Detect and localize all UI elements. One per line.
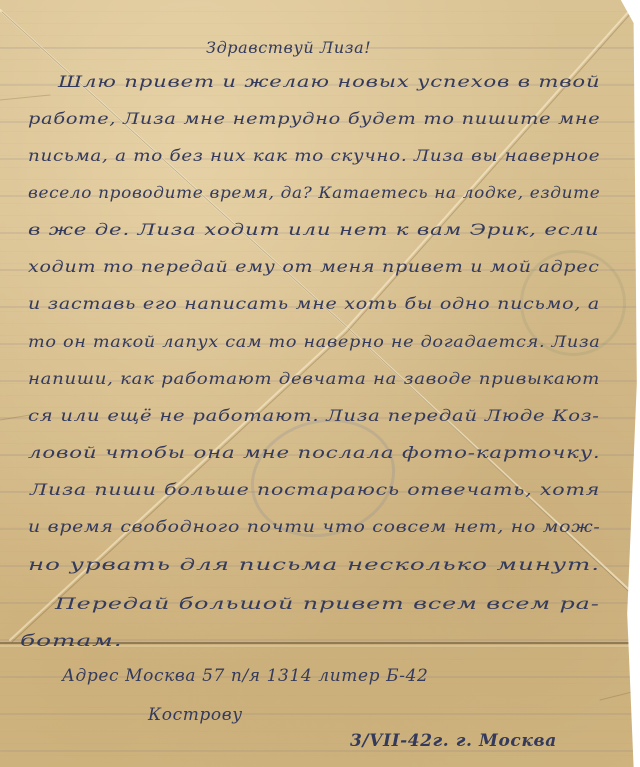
body-line: ботам. — [20, 632, 123, 650]
greeting: Здравствуй Лиза! — [206, 38, 371, 57]
body-line: напиши, как работают девчата на заводе п… — [28, 370, 600, 388]
return-address: Адрес Москва 57 п/я 1314 литер Б-42 — [62, 666, 428, 686]
body-line: Шлю привет и желаю новых успехов в твой — [58, 73, 600, 91]
body-line: то он такой лапух сам то наверно не дога… — [28, 333, 600, 351]
body-line: но урвать для письма несколько минут. — [28, 556, 600, 574]
date-place: 3/VII-42г. г. Москва — [350, 731, 557, 751]
body-line: Лиза пиши больше постараюсь отвечать, хо… — [30, 481, 600, 499]
body-line: ходит то передай ему от меня привет и мо… — [28, 258, 600, 276]
recipient-name: Кострову — [148, 705, 243, 725]
body-line: письма, а то без них как то скучно. Лиза… — [28, 147, 600, 165]
letter-sheet: Здравствуй Лиза! Шлю привет и желаю новы… — [0, 0, 640, 767]
body-line: Передай большой привет всем всем ра- — [55, 595, 600, 613]
body-line: ловой чтобы она мне послала фото-карточк… — [28, 444, 600, 462]
body-line: весело проводите время, да? Катаетесь на… — [28, 184, 600, 202]
body-line: и заставь его написать мне хоть бы одно … — [28, 295, 600, 313]
body-line: работе, Лиза мне нетрудно будет то пишит… — [28, 110, 600, 128]
body-line: ся или ещё не работают. Лиза передай Люд… — [28, 407, 600, 425]
body-line: в же де. Лиза ходит или нет к вам Эрик, … — [28, 221, 599, 239]
body-line: и время свободного почти что совсем нет,… — [28, 518, 601, 536]
